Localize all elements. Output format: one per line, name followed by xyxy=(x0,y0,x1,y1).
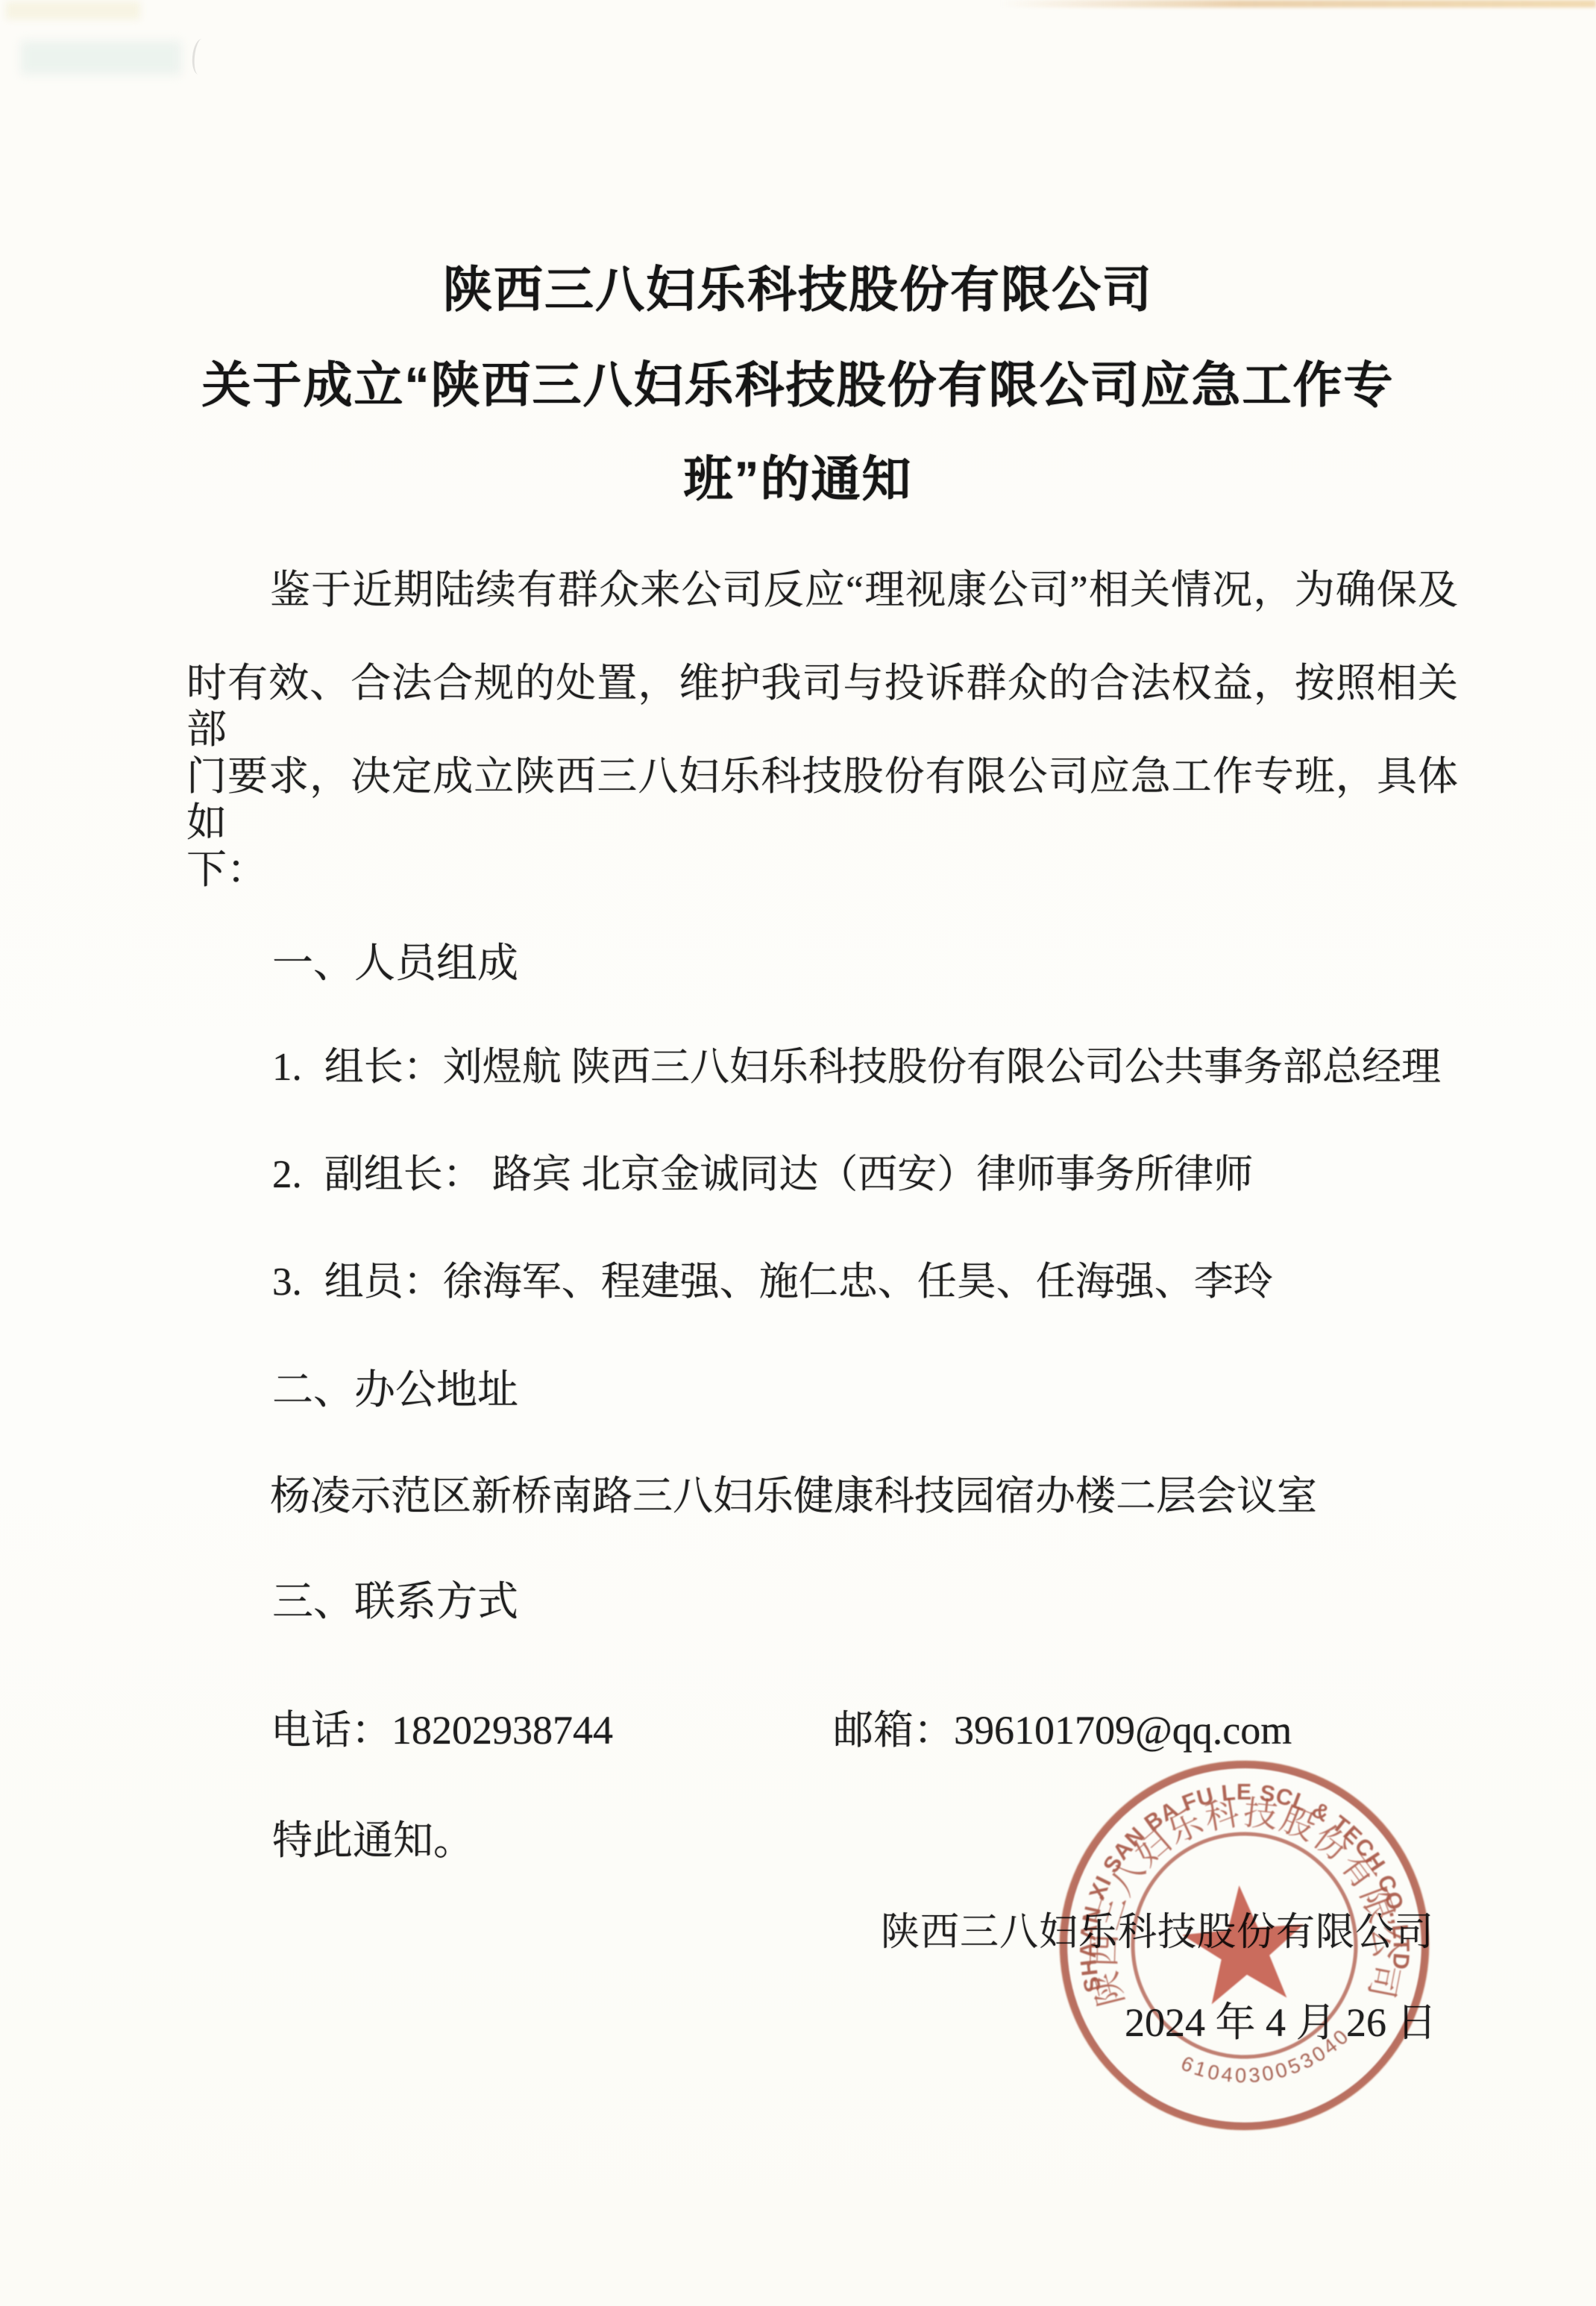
company-seal-stamp: SHAAN XI SAN BA FU LE SCL & TECH CO.,LTD… xyxy=(1040,1741,1448,2149)
phone-label: 电话： xyxy=(271,1708,392,1753)
doc-title-line-3: 班”的通知 xyxy=(0,452,1596,506)
doc-title-line-1: 陕西三八妇乐科技股份有限公司 xyxy=(0,263,1596,317)
seal-serial-number: 6104030053040 xyxy=(1175,2022,1358,2093)
section-heading-contact: 三、联系方式 xyxy=(272,1578,518,1625)
list-item-text: 组员：徐海军、程建强、施仁忠、任昊、任海强、李玲 xyxy=(324,1259,1273,1307)
closing-phrase: 特此通知。 xyxy=(272,1817,474,1865)
email-row: 邮箱：396101709@qq.com xyxy=(833,1706,1292,1755)
paragraph-line: 时有效、合法合规的处置，维护我司与投诉群众的合法权益，按照相关部 xyxy=(186,660,1458,753)
scan-pen-mark xyxy=(191,38,210,75)
list-item-number: 3. xyxy=(272,1259,302,1307)
office-address: 杨凌示范区新桥南路三八妇乐健康科技园宿办楼二层会议室 xyxy=(270,1472,1317,1521)
svg-text:6104030053040: 6104030053040 xyxy=(1175,2022,1358,2093)
seal-star-icon xyxy=(1178,1880,1310,2006)
scanned-notice-page: { "document": { "title_lines": [ "陕西三八妇乐… xyxy=(0,0,1596,2306)
list-item: 2. 副组长： 路宾 北京金诚同达（西安）律师事务所律师 xyxy=(272,1152,1253,1199)
doc-title-line-2: 关于成立“陕西三八妇乐科技股份有限公司应急工作专 xyxy=(0,358,1596,412)
phone-number: 18202938744 xyxy=(392,1708,613,1753)
scan-smudge-left xyxy=(21,41,181,75)
email-label: 邮箱： xyxy=(833,1708,954,1753)
scan-smudge-top-right xyxy=(999,0,1596,7)
section-heading-personnel: 一、人员组成 xyxy=(272,940,518,987)
list-item-text: 组长：刘煜航 陕西三八妇乐科技股份有限公司公共事务部总经理 xyxy=(324,1044,1441,1092)
list-item-number: 1. xyxy=(272,1044,302,1092)
paragraph-line: 下： xyxy=(186,846,1458,893)
paragraph-line: 鉴于近期陆续有群众来公司反应“理视康公司”相关情况，为确保及 xyxy=(186,567,1458,613)
list-item: 3. 组员：徐海军、程建强、施仁忠、任昊、任海强、李玲 xyxy=(272,1259,1273,1307)
phone-row: 电话：18202938744 xyxy=(271,1706,613,1755)
list-item: 1. 组长：刘煜航 陕西三八妇乐科技股份有限公司公共事务部总经理 xyxy=(272,1044,1441,1092)
company-seal-svg: SHAAN XI SAN BA FU LE SCL & TECH CO.,LTD… xyxy=(1040,1741,1448,2149)
paragraph-line: 门要求，决定成立陕西三八妇乐科技股份有限公司应急工作专班，具体如 xyxy=(186,753,1458,846)
scan-smudge-top-left xyxy=(6,1,140,19)
section-heading-address: 二、办公地址 xyxy=(272,1366,518,1413)
list-item-number: 2. xyxy=(272,1152,302,1199)
list-item-text: 副组长： 路宾 北京金诚同达（西安）律师事务所律师 xyxy=(324,1152,1254,1199)
email-address: 396101709@qq.com xyxy=(954,1708,1292,1753)
